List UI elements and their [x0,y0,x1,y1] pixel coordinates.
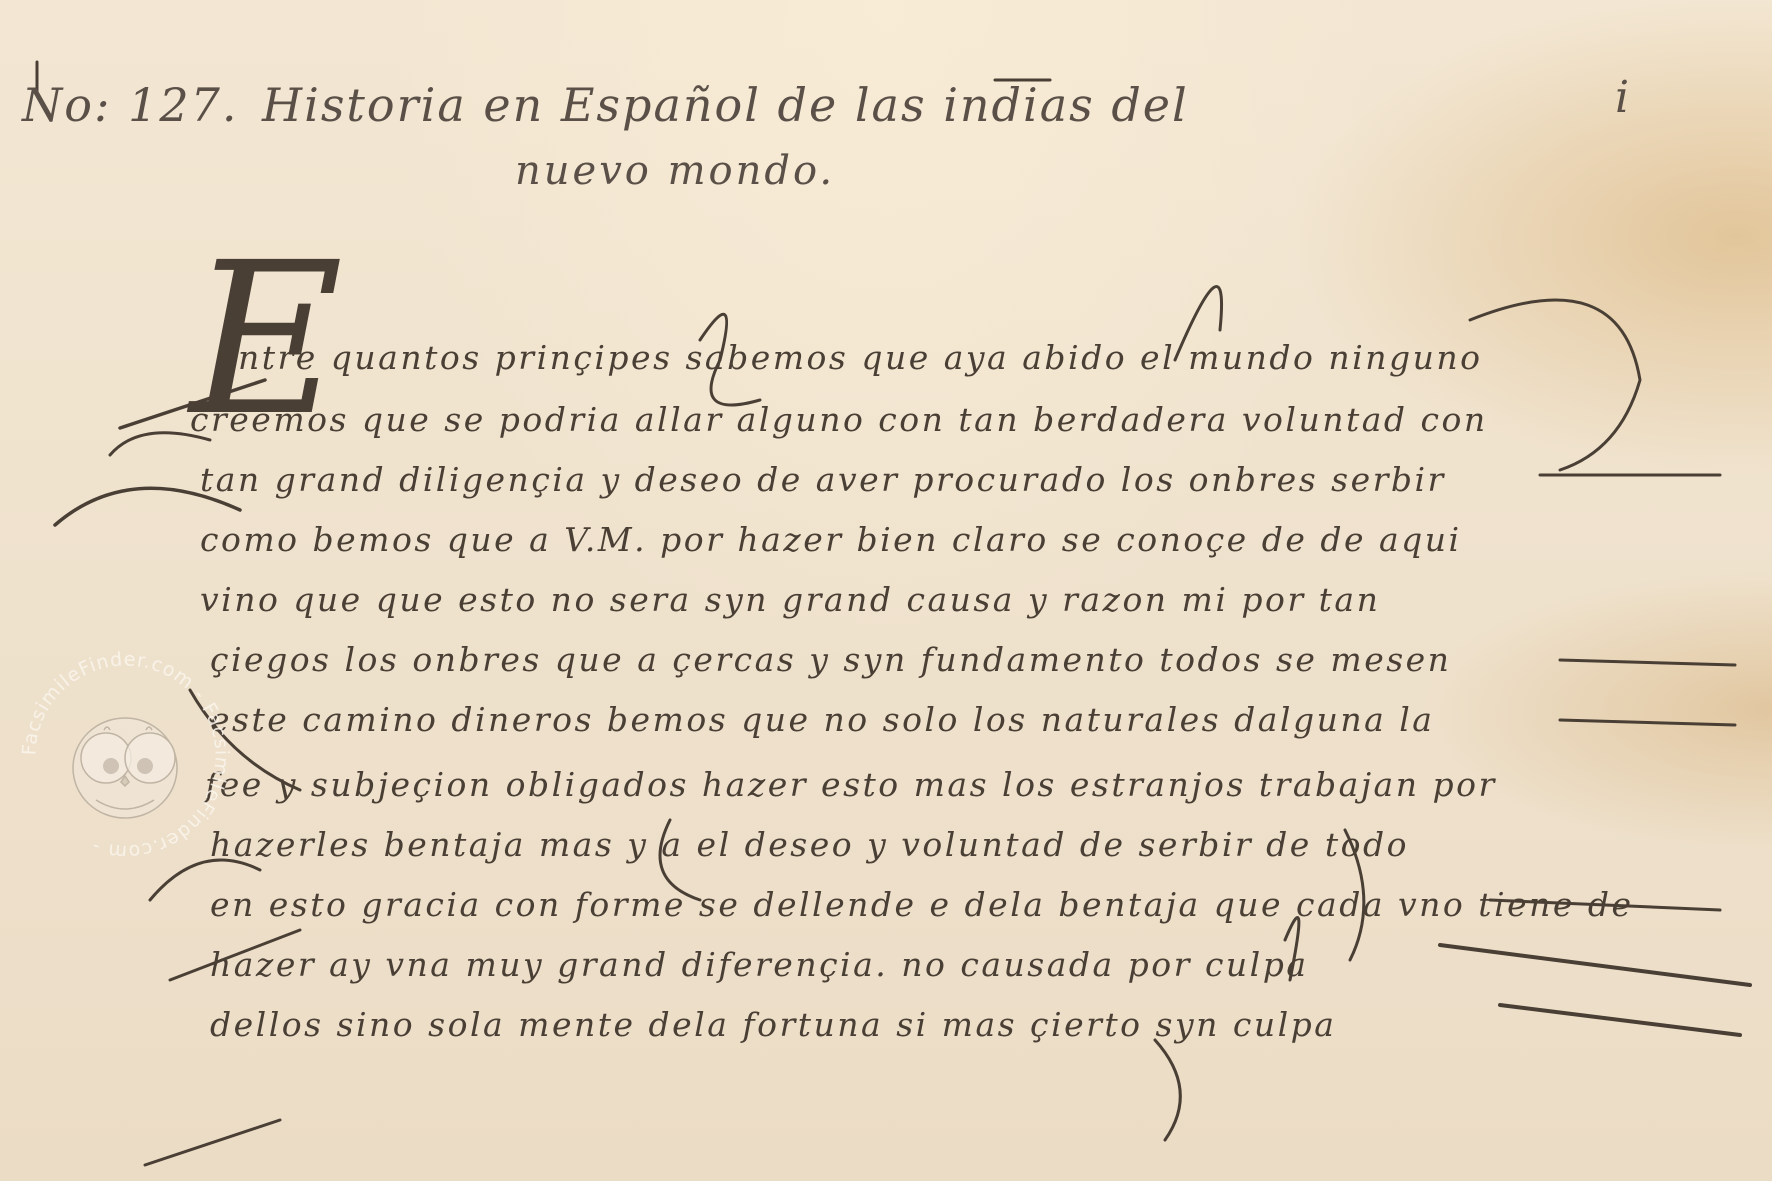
text-line: tan grand diligençia y deseo de aver pro… [200,460,1446,499]
title-line-2: nuevo mondo. [515,148,835,194]
title-line-1: Historia en Español de las indias del [262,78,1189,132]
text-line: vino que que esto no sera syn grand caus… [200,580,1380,619]
text-line: en esto gracia con forme se dellende e d… [210,885,1634,924]
owl-icon [73,718,177,818]
folio-number: i [1615,72,1630,123]
manuscript-page: No: 127. Historia en Español de las indi… [0,0,1772,1181]
text-line: hazer ay vna muy grand diferençia. no ca… [210,945,1309,984]
watermark: FacsimileFinder.com - FacsimileFinder.co… [18,648,233,863]
text-line: fee y subjeçion obligados hazer esto mas… [205,765,1497,804]
text-line: dellos sino sola mente dela fortuna si m… [210,1005,1336,1044]
text-line: este camino dineros bemos que no solo lo… [210,700,1434,739]
text-line: como bemos que a V.M. por hazer bien cla… [200,520,1462,559]
text-line: creemos que se podria allar alguno con t… [190,400,1488,439]
text-line: ntre quantos prinçipes sabemos que aya a… [238,338,1482,377]
catalog-number: No: 127. [22,78,239,132]
text-line: çiegos los onbres que a çercas y syn fun… [210,640,1451,679]
text-line: hazerles bentaja mas y a el deseo y volu… [210,825,1409,864]
